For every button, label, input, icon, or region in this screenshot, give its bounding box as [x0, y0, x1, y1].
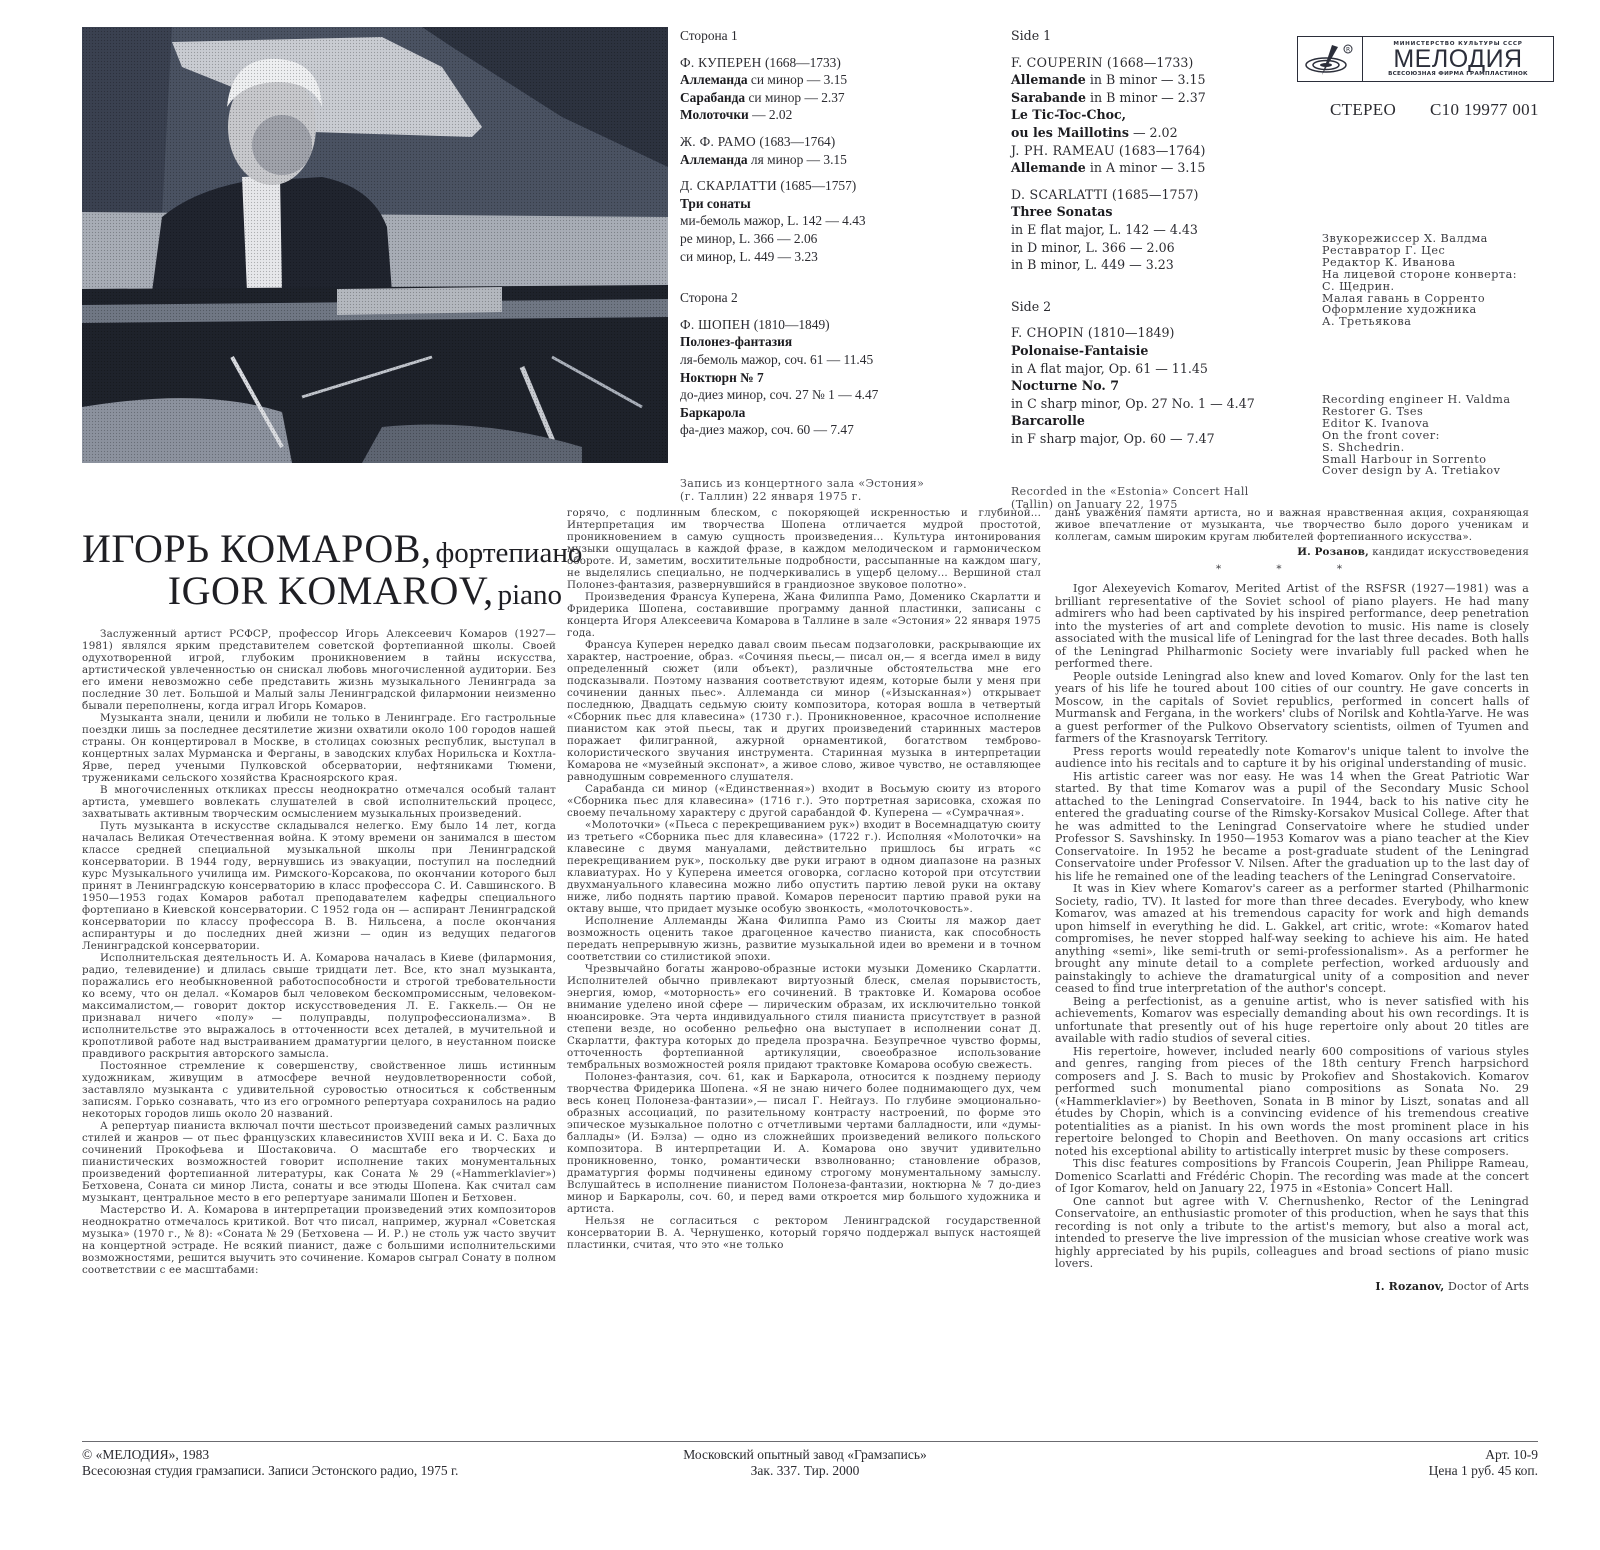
- order-text: Зак. 337. Тир. 2000: [640, 1463, 970, 1479]
- track: фа-диез мажор, соч. 60 — 7.47: [680, 421, 970, 439]
- liner-notes-col1: Заслуженный артист РСФСР, профессор Игор…: [82, 628, 556, 1276]
- recorded-note-ru: Запись из концертного зала «Эстония» (г.…: [680, 477, 970, 503]
- track: in C sharp minor, Op. 27 No. 1 — 4.47: [1011, 395, 1276, 413]
- paragraph: His repertoire, however, included nearly…: [1055, 1046, 1529, 1159]
- paragraph: Франсуа Куперен нередко давал своим пьес…: [567, 639, 1041, 783]
- composer-chopin-en: F. CHOPIN (1810—1849): [1011, 324, 1276, 342]
- credits-ru: Звукорежиссер Х. ВалдмаРеставратор Г. Це…: [1322, 233, 1517, 328]
- paragraph: Чрезвычайно богаты жанрово-образные исто…: [567, 963, 1041, 1071]
- photo-illustration: [82, 27, 668, 463]
- paragraph: Путь музыканта в искусстве складывался н…: [82, 820, 556, 952]
- track: ре минор, L. 366 — 2.06: [680, 230, 970, 248]
- paragraph: It was in Kiev where Komarov's career as…: [1055, 883, 1529, 996]
- tracklist-en: Side 1 F. COUPERIN (1668—1733) Allemande…: [1011, 27, 1276, 511]
- track: in B minor, L. 449 — 3.23: [1011, 256, 1276, 274]
- credits-en: Recording engineer H. ValdmaRestorer G. …: [1322, 394, 1511, 477]
- paragraph: Сарабанда си минор («Единственная») вход…: [567, 783, 1041, 819]
- track: ля-бемоль мажор, соч. 61 — 11.45: [680, 351, 970, 369]
- melodiya-mark-icon: R: [1298, 37, 1363, 81]
- composer-scarlatti-ru: Д. СКАРЛАТТИ (1685—1757): [680, 177, 970, 195]
- artist-heading-ru: ИГОРЬ КОМАРОВ, фортепиано: [82, 525, 562, 572]
- paragraph: People outside Leningrad also knew and l…: [1055, 671, 1529, 746]
- melodiya-logo: R МИНИСТЕРСТВО КУЛЬТУРЫ СССР МЕЛОДИЯ ВСЕ…: [1297, 36, 1554, 82]
- track: Три сонаты: [680, 195, 970, 213]
- track: Nocturne No. 7: [1011, 377, 1276, 395]
- track: Аллеманда ля минор — 3.15: [680, 151, 970, 169]
- side1-label-ru: Сторона 1: [680, 27, 970, 45]
- paragraph: This disc features compositions by Franc…: [1055, 1158, 1529, 1196]
- paragraph: Мастерство И. А. Комарова в интерпретаци…: [82, 1204, 556, 1276]
- track: Allemande in B minor — 3.15: [1011, 71, 1276, 89]
- track: in A flat major, Op. 61 — 11.45: [1011, 360, 1276, 378]
- footer-rule: [82, 1441, 1538, 1442]
- composer-rameau-en: J. PH. RAMEAU (1683—1764): [1011, 142, 1276, 160]
- footer-right: Арт. 10-9 Цена 1 руб. 45 коп.: [1429, 1447, 1538, 1479]
- track: си минор, L. 449 — 3.23: [680, 248, 970, 266]
- paragraph: В многочисленных откликах прессы неоднок…: [82, 784, 556, 820]
- side2-label-en: Side 2: [1011, 298, 1276, 316]
- track: Allemande in A minor — 3.15: [1011, 159, 1276, 177]
- signature-ru: И. Розанов, кандидат искусствоведения: [1055, 546, 1529, 558]
- track: ou les Maillotins — 2.02: [1011, 124, 1276, 142]
- track: in D minor, L. 366 — 2.06: [1011, 239, 1276, 257]
- paragraph: Нельзя не согласиться с ректором Ленингр…: [567, 1215, 1041, 1251]
- footer-center: Московский опытный завод «Грамзапись» За…: [640, 1447, 970, 1479]
- pianist-photo: [82, 27, 668, 463]
- copyright-text: © «МЕЛОДИЯ», 1983: [82, 1447, 458, 1463]
- section-separator: * * *: [1055, 563, 1529, 575]
- track: ми-бемоль мажор, L. 142 — 4.43: [680, 212, 970, 230]
- track: Баркарола: [680, 404, 970, 422]
- paragraph: One cannot but agree with V. Chernushenk…: [1055, 1196, 1529, 1271]
- composer-couperin-en: F. COUPERIN (1668—1733): [1011, 54, 1276, 72]
- paragraph: «Молоточки» («Пьеса с перекрещиванием ру…: [567, 819, 1041, 915]
- paragraph: Igor Alexeyevich Komarov, Merited Artist…: [1055, 583, 1529, 671]
- paragraph: Being a perfectionist, as a genuine arti…: [1055, 996, 1529, 1046]
- side1-label-en: Side 1: [1011, 27, 1276, 45]
- footer-left: © «МЕЛОДИЯ», 1983 Всесоюзная студия грам…: [82, 1447, 458, 1479]
- catalog-line: СТЕРЕОС10 19977 001: [1330, 100, 1539, 120]
- track: Polonaise-Fantaisie: [1011, 342, 1276, 360]
- paragraph: Полонез-фантазия, соч. 61, как и Баркаро…: [567, 1071, 1041, 1215]
- paragraph: дань уважения памяти артиста, но и важна…: [1055, 507, 1529, 543]
- paragraph: His artistic career was nor easy. He was…: [1055, 771, 1529, 884]
- studio-text: Всесоюзная студия грамзаписи. Записи Эст…: [82, 1463, 458, 1479]
- composer-couperin-ru: Ф. КУПЕРЕН (1668—1733): [680, 54, 970, 72]
- paragraph: Заслуженный артист РСФСР, профессор Игор…: [82, 628, 556, 712]
- paragraph: Музыканта знали, ценили и любили не толь…: [82, 712, 556, 784]
- article-text: Арт. 10-9: [1429, 1447, 1538, 1463]
- track: in E flat major, L. 142 — 4.43: [1011, 221, 1276, 239]
- paragraph: Произведения Франсуа Куперена, Жана Фили…: [567, 591, 1041, 639]
- paragraph: горячо, с подлинным блеском, с покоряюще…: [567, 507, 1041, 591]
- price-text: Цена 1 руб. 45 коп.: [1429, 1463, 1538, 1479]
- stereo-label: СТЕРЕО: [1330, 100, 1396, 119]
- tracklist-ru: Сторона 1 Ф. КУПЕРЕН (1668—1733) Аллеман…: [680, 27, 970, 503]
- track: Ноктюрн № 7: [680, 369, 970, 387]
- catalog-number: С10 19977 001: [1430, 100, 1539, 119]
- composer-rameau-ru: Ж. Ф. РАМО (1683—1764): [680, 133, 970, 151]
- signature-en: I. Rozanov, Doctor of Arts: [1055, 1281, 1529, 1294]
- track: Полонез-фантазия: [680, 333, 970, 351]
- liner-notes-col3: дань уважения памяти артиста, но и важна…: [1055, 507, 1529, 1293]
- paragraph: Постоянное стремление к совершенству, св…: [82, 1060, 556, 1120]
- artist-heading-en: IGOR KOMAROV, piano: [82, 567, 562, 614]
- liner-notes-col2: горячо, с подлинным блеском, с покоряюще…: [567, 507, 1041, 1251]
- track: Le Tic-Toc-Choc,: [1011, 106, 1276, 124]
- track: in F sharp major, Op. 60 — 7.47: [1011, 430, 1276, 448]
- track: Сарабанда си минор — 2.37: [680, 89, 970, 107]
- paragraph: Исполнительская деятельность И. А. Комар…: [82, 952, 556, 1060]
- paragraph: Исполнение Аллеманды Жана Филиппа Рамо и…: [567, 915, 1041, 963]
- track: Barcarolle: [1011, 412, 1276, 430]
- track: Sarabande in B minor — 2.37: [1011, 89, 1276, 107]
- side2-label-ru: Сторона 2: [680, 289, 970, 307]
- track: Молоточки — 2.02: [680, 106, 970, 124]
- composer-scarlatti-en: D. SCARLATTI (1685—1757): [1011, 186, 1276, 204]
- svg-text:R: R: [1346, 47, 1350, 54]
- plant-text: Московский опытный завод «Грамзапись»: [640, 1447, 970, 1463]
- track: Аллеманда си минор — 3.15: [680, 71, 970, 89]
- paragraph: А репертуар пианиста включал почти шесть…: [82, 1120, 556, 1204]
- company-text: ВСЕСОЮЗНАЯ ФИРМА ГРАМПЛАСТИНОК: [1388, 71, 1528, 77]
- paragraph: Press reports would repeatedly note Koma…: [1055, 746, 1529, 771]
- track: до-диез минор, соч. 27 № 1 — 4.47: [680, 386, 970, 404]
- brand-text: МЕЛОДИЯ: [1393, 47, 1522, 71]
- track: Three Sonatas: [1011, 203, 1276, 221]
- composer-chopin-ru: Ф. ШОПЕН (1810—1849): [680, 316, 970, 334]
